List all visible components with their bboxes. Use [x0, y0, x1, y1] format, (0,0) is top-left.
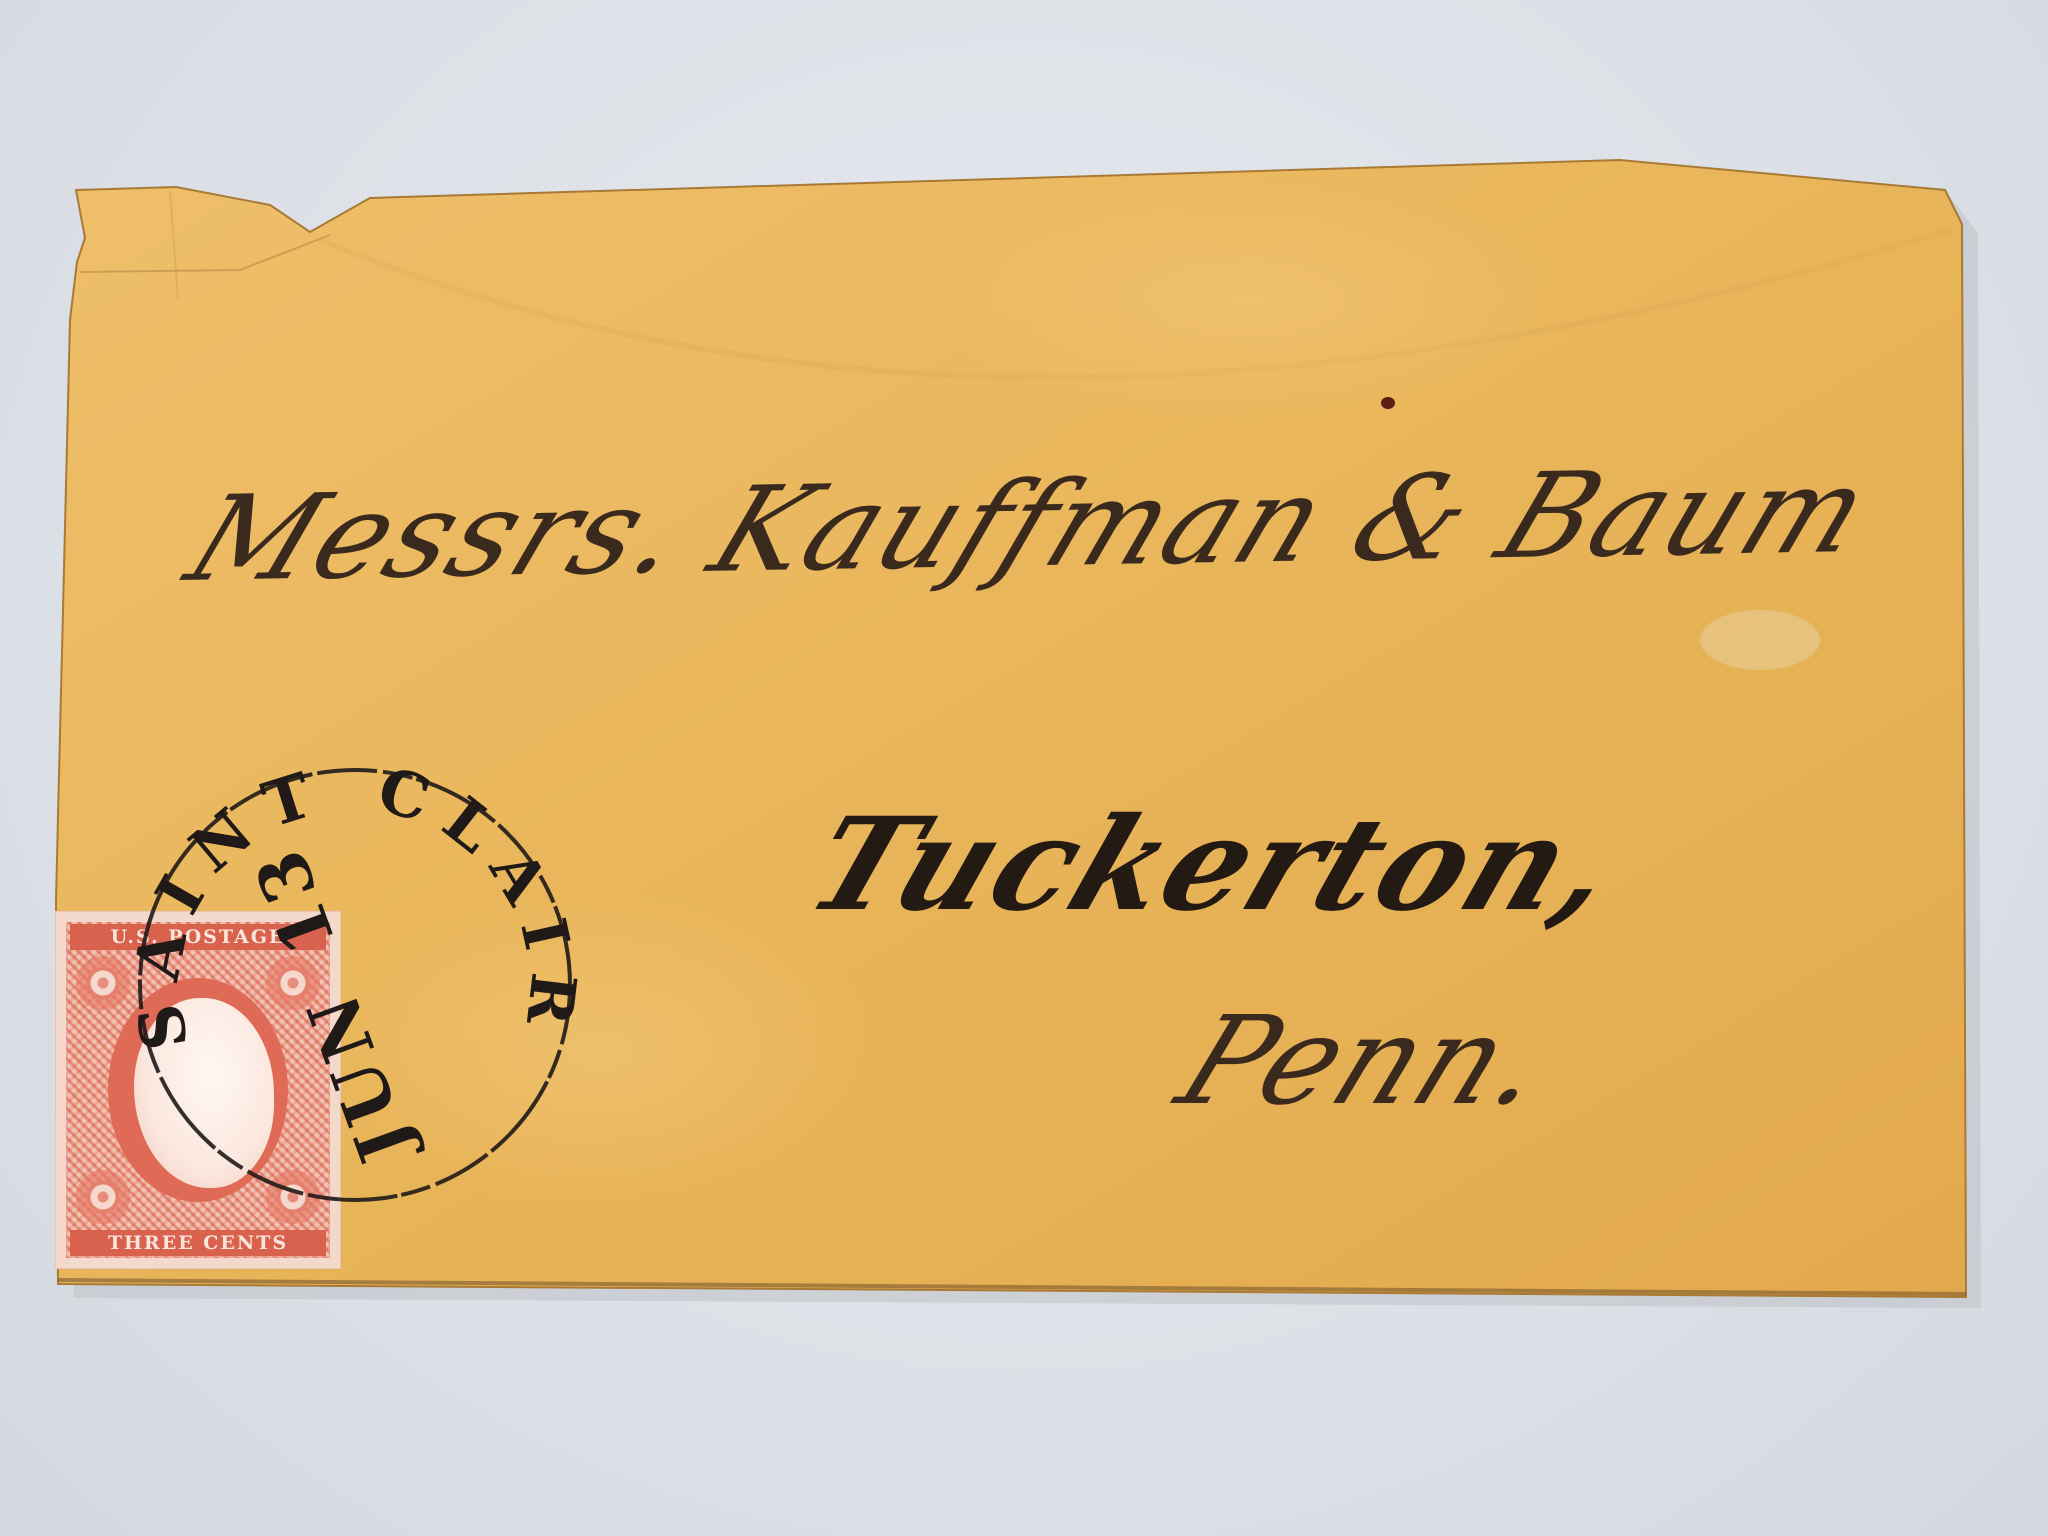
state-text: Penn.: [1160, 990, 1572, 1132]
postmark-month: JUN: [289, 979, 429, 1179]
photo-scene: Messrs. Kauffman & Baum Tuckerton, Penn.…: [0, 0, 2048, 1536]
svg-text:JUN 13: JUN 13: [237, 834, 430, 1178]
rosette-icon: [76, 1170, 130, 1224]
stamp-bottom-label: THREE CENTS: [70, 1230, 326, 1256]
address-line-3: Penn.: [1160, 990, 1572, 1132]
address-line-2: Tuckerton,: [790, 790, 1639, 940]
city-text: Tuckerton,: [790, 790, 1639, 940]
postmark: SAINT CLAIR JUN 13: [130, 760, 580, 1210]
ink-spot: [1381, 397, 1395, 409]
